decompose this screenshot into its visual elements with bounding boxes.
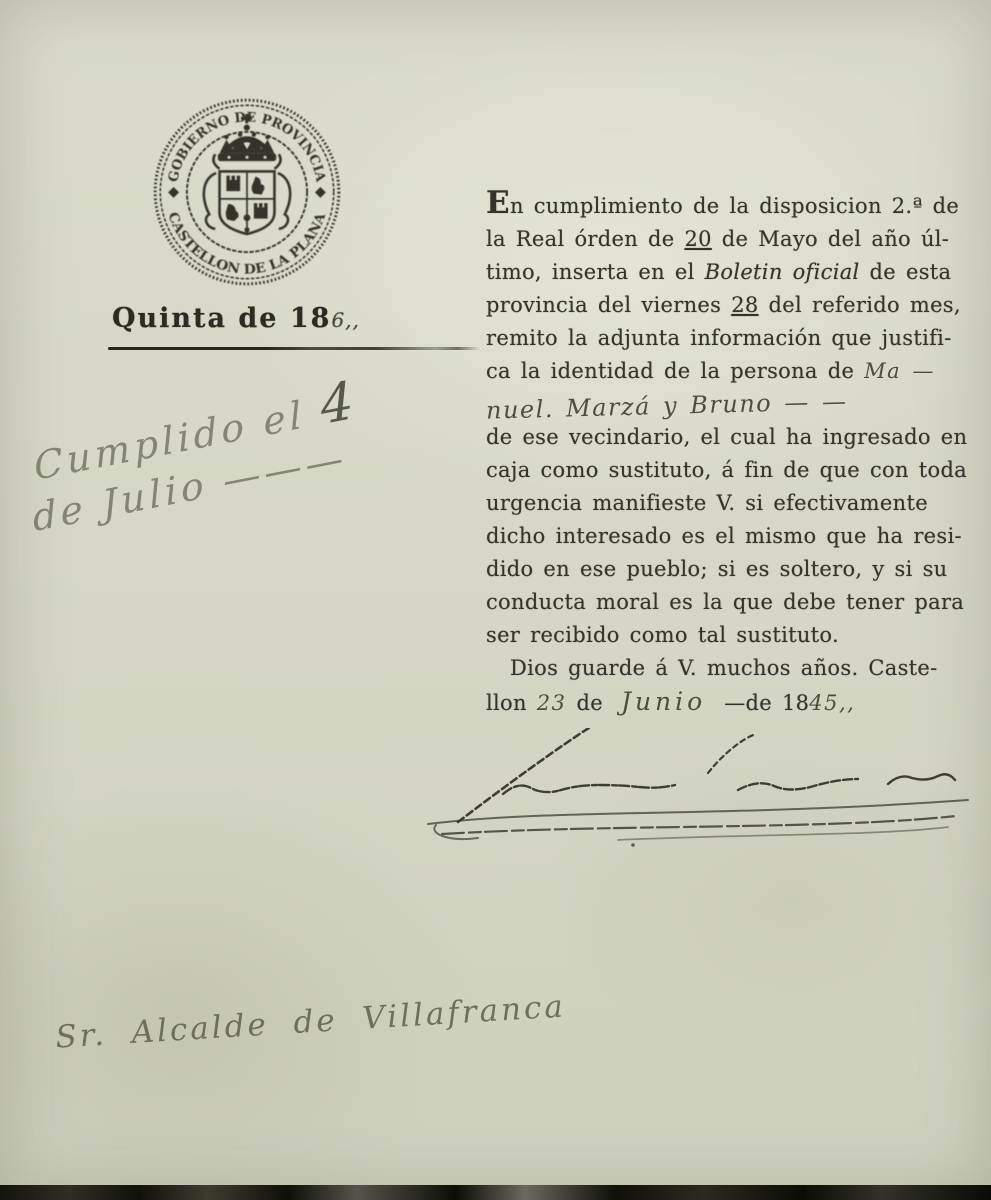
body-line: de ese vecindario, el cual ha ingresado … — [486, 421, 991, 454]
printed-text: remito la adjunta información que justif… — [486, 326, 952, 350]
pencil-annotation: Cumplido el 4 de Julio ——— — [31, 348, 492, 544]
printed-text: de Mayo del año úl- — [712, 227, 949, 251]
handwritten-insert: 45,, — [809, 691, 855, 715]
printed-text: —de 18 — [714, 691, 809, 715]
body-line: la Real órden de 20 de Mayo del año úl- — [486, 223, 991, 256]
coat-of-arms-shield — [220, 171, 275, 234]
body-line: caja como sustituto, á fin de que con to… — [486, 454, 991, 487]
printed-text: conducta moral es la que debe tener para — [486, 590, 964, 614]
body-line: timo, inserta en el Boletin oficial de e… — [486, 256, 991, 289]
printed-text: caja como sustituto, á fin de que con to… — [486, 458, 967, 482]
form-heading: Quinta de 186,, — [112, 303, 360, 334]
body-line: dido en ese pueblo; si es soltero, y si … — [486, 553, 991, 586]
handwritten-insert: Junio — [621, 687, 706, 716]
printed-text: 20 — [684, 227, 711, 251]
printed-text: ca la identidad de la persona de — [486, 359, 864, 383]
body-line: urgencia manifieste V. si efectivamente — [486, 487, 991, 520]
body-line: conducta moral es la que debe tener para — [486, 586, 991, 619]
printed-text: Dios guarde á V. muchos años. Caste- — [510, 656, 938, 680]
printed-text: 28 — [731, 293, 758, 317]
address-line: Sr. Alcalde de Villafranca — [54, 988, 566, 1055]
official-seal: GOBIERNO DE PROVINCIA CASTELLON DE LA PL… — [144, 89, 350, 295]
body-line: En cumplimiento de la disposicion 2.ª de — [486, 190, 991, 223]
body-line: provincia del viernes 28 del referido me… — [486, 289, 991, 322]
printed-text: de ese vecindario, el cual ha ingresado … — [486, 425, 967, 449]
printed-text: del referido mes, — [759, 293, 961, 317]
body-line: Dios guarde á V. muchos años. Caste- — [486, 652, 991, 685]
form-heading-year-handwritten: 6,, — [331, 308, 359, 332]
printed-text: dicho interesado es el mismo que ha resi… — [486, 524, 962, 548]
pencil-annotation-number: 4 — [318, 371, 356, 437]
letter-body: En cumplimiento de la disposicion 2.ª de… — [486, 190, 991, 720]
printed-text: de — [567, 691, 613, 715]
printed-text: Boletin oficial — [705, 260, 860, 284]
handwritten-insert: 23 — [537, 691, 567, 715]
body-line: ser recibido como tal sustituto. — [486, 619, 991, 652]
printed-text: ser recibido como tal sustituto. — [486, 623, 839, 647]
printed-text: timo, inserta en el — [486, 260, 705, 284]
signature-flourish — [408, 728, 990, 848]
printed-text: E — [486, 185, 510, 221]
printed-text: llon — [486, 691, 537, 715]
printed-text: dido en ese pueblo; si es soltero, y si … — [486, 557, 948, 581]
printed-text: de esta — [860, 260, 952, 284]
scan-edge-bottom — [0, 1185, 991, 1200]
printed-text: urgencia manifieste V. si efectivamente — [486, 491, 928, 515]
body-line: llon 23 de Junio —de 1845,, — [486, 685, 991, 720]
handwritten-insert: Ma — — [864, 359, 935, 383]
scanned-document-page: GOBIERNO DE PROVINCIA CASTELLON DE LA PL… — [0, 0, 991, 1200]
scan-edge-top — [0, 0, 991, 6]
body-line: remito la adjunta información que justif… — [486, 322, 991, 355]
heading-underline — [108, 347, 480, 350]
printed-text: provincia del viernes — [486, 293, 731, 317]
body-line: dicho interesado es el mismo que ha resi… — [486, 520, 991, 553]
form-heading-printed: Quinta de 18 — [112, 303, 331, 334]
printed-text: n cumplimiento de la disposicion 2.ª de — [510, 194, 959, 218]
handwritten-insert: nuel. Marzá y Bruno — — — [486, 387, 848, 424]
printed-text: la Real órden de — [486, 227, 684, 251]
